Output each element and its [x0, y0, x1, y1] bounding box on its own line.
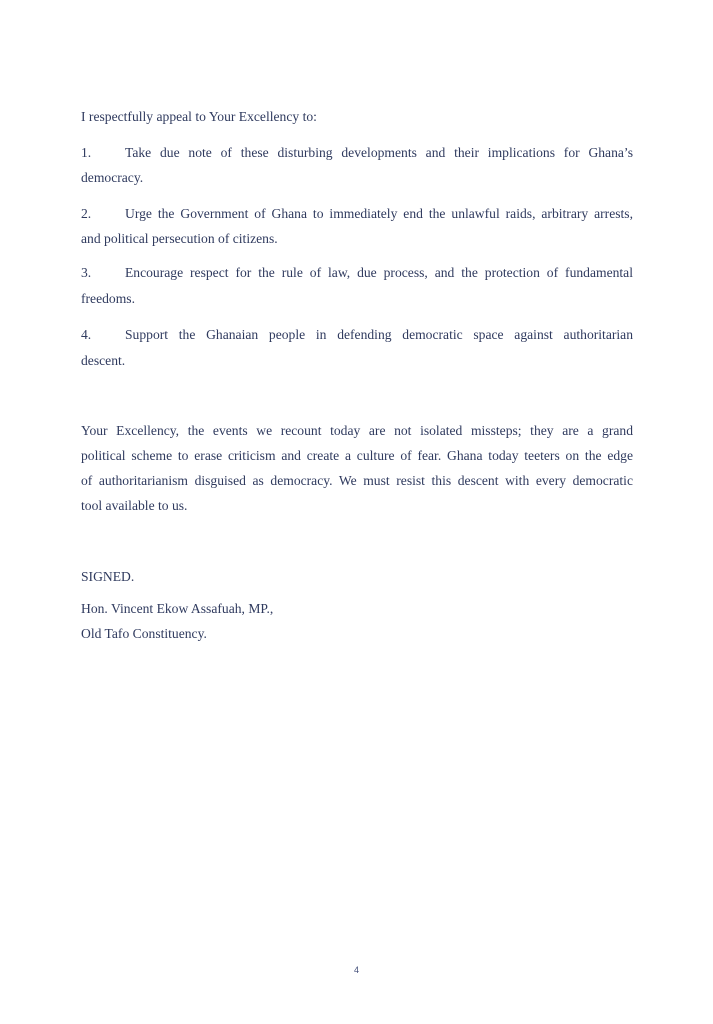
- document-page: I respectfully appeal to Your Excellency…: [0, 0, 713, 1024]
- signatory-name: Hon. Vincent Ekow Assafuah, MP.,: [81, 600, 273, 618]
- closing-paragraph-line-3: of authoritarianism disguised as democra…: [81, 472, 633, 490]
- page-number: 4: [0, 965, 713, 975]
- list-item-text: Take due note of these disturbing develo…: [125, 145, 633, 160]
- list-item-number: 3.: [81, 264, 125, 282]
- closing-paragraph-line-4: tool available to us.: [81, 497, 187, 515]
- list-item-1-line-1: 1.Take due note of these disturbing deve…: [81, 144, 633, 162]
- intro-line: I respectfully appeal to Your Excellency…: [81, 108, 317, 126]
- list-item-text: Encourage respect for the rule of law, d…: [125, 265, 633, 280]
- list-item-4-line-1: 4.Support the Ghanaian people in defendi…: [81, 326, 633, 344]
- list-item-number: 4.: [81, 326, 125, 344]
- closing-paragraph-line-1: Your Excellency, the events we recount t…: [81, 422, 633, 440]
- list-item-number: 2.: [81, 205, 125, 223]
- list-item-3-line-2: freedoms.: [81, 290, 135, 308]
- signatory-constituency: Old Tafo Constituency.: [81, 625, 207, 643]
- list-item-4-line-2: descent.: [81, 352, 125, 370]
- list-item-number: 1.: [81, 144, 125, 162]
- list-item-2-line-1: 2.Urge the Government of Ghana to immedi…: [81, 205, 633, 223]
- closing-paragraph-line-2: political scheme to erase criticism and …: [81, 447, 633, 465]
- signed-label: SIGNED.: [81, 568, 134, 586]
- list-item-2-line-2: and political persecution of citizens.: [81, 230, 278, 248]
- list-item-text: Support the Ghanaian people in defending…: [125, 327, 633, 342]
- list-item-1-line-2: democracy.: [81, 169, 143, 187]
- list-item-3-line-1: 3.Encourage respect for the rule of law,…: [81, 264, 633, 282]
- list-item-text: Urge the Government of Ghana to immediat…: [125, 206, 633, 221]
